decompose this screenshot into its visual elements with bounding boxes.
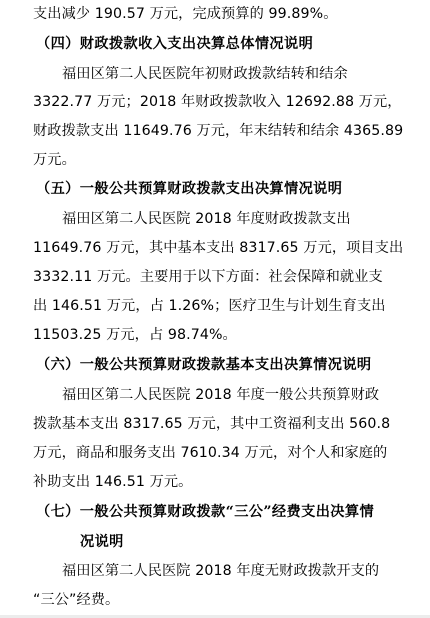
paragraph-line: 出 146.51 万元，占 1.26%；医疗卫生与计划生育支出 (33, 297, 386, 315)
paragraph-line: 3322.77 万元；2018 年财政拨款收入 12692.88 万元， (33, 93, 402, 111)
section-heading-7-continued: 况说明 (80, 533, 124, 551)
section-heading-5: （五）一般公共预算财政拨款支出决算情况说明 (36, 180, 342, 198)
paragraph-line: 11649.76 万元，其中基本支出 8317.65 万元，项目支出 (33, 239, 403, 257)
paragraph-line: 福田区第二人民医院 2018 年度财政拨款支出 (62, 210, 351, 228)
paragraph-line: 财政拨款支出 11649.76 万元，年末结转和结余 4365.89 (33, 122, 403, 140)
paragraph-line: 11503.25 万元，占 98.74%。 (33, 326, 237, 344)
section-heading-4: （四）财政拨款收入支出决算总体情况说明 (36, 35, 313, 53)
section-heading-7: （七）一般公共预算财政拨款“三公”经费支出决算情 (36, 503, 374, 521)
paragraph-line: “三公”经费。 (33, 591, 119, 609)
paragraph-line: 支出减少 190.57 万元，完成预算的 99.89%。 (33, 5, 338, 23)
paragraph-line: 拨款基本支出 8317.65 万元，其中工资福利支出 560.8 (33, 415, 390, 433)
document-page: 支出减少 190.57 万元，完成预算的 99.89%。 （四）财政拨款收入支出… (0, 0, 430, 615)
paragraph-line: 福田区第二人民医院 2018 年度无财政拨款开支的 (62, 562, 379, 580)
paragraph-line: 3332.11 万元。主要用于以下方面：社会保障和就业支 (33, 268, 383, 286)
paragraph-line: 福田区第二人民医院 2018 年度一般公共预算财政 (62, 386, 379, 404)
paragraph-line: 万元，商品和服务支出 7610.34 万元，对个人和家庭的 (33, 444, 387, 462)
paragraph-line: 福田区第二人民医院年初财政拨款结转和结余 (62, 65, 348, 83)
paragraph-line: 补助支出 146.51 万元。 (33, 473, 192, 491)
paragraph-line: 万元。 (33, 151, 76, 169)
section-heading-6: （六）一般公共预算财政拨款基本支出决算情况说明 (36, 356, 372, 374)
